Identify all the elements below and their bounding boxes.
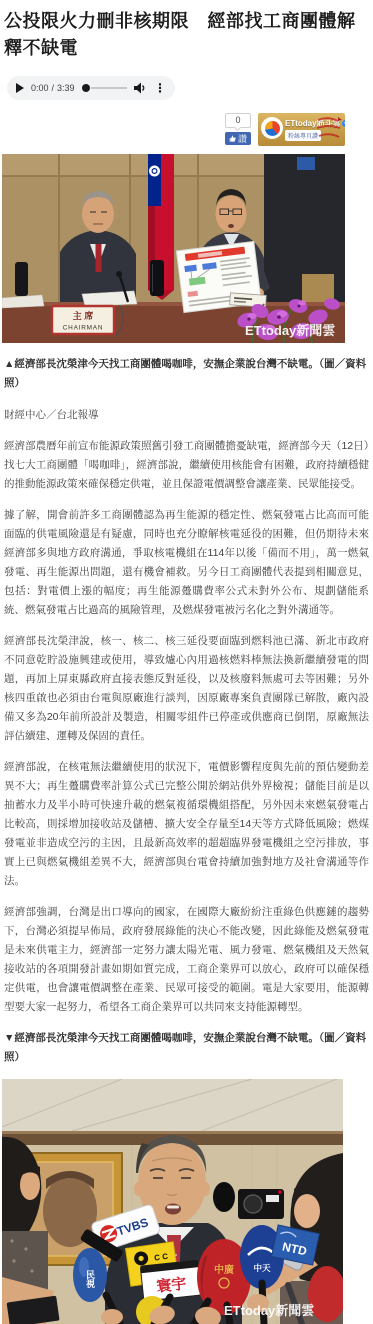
svg-text:民視: 民視	[85, 1269, 95, 1289]
chairman-nameplate: 主 席 CHAIRMAN	[52, 306, 114, 334]
audio-current-time: 0:00	[31, 83, 49, 93]
paragraph-2: 據了解，開會前許多工商團體認為再生能源的穩定性、燃氣發電占比高而可能面臨的供電風…	[4, 506, 369, 620]
paragraph-4: 經濟部說，在核電無法繼續使用的狀況下，電價影響程度與先前的預估變動差異不大；再生…	[4, 758, 369, 891]
photo-press-conference: 主 席 CHAIRMAN	[2, 154, 345, 343]
like-button[interactable]: 讚	[225, 132, 251, 145]
fanpage-banner-ad[interactable]: ETtoday筋斗雲✓ 粉絲專頁讚	[258, 113, 345, 146]
audio-seek-bar[interactable]	[82, 84, 127, 92]
play-icon[interactable]	[16, 83, 24, 93]
audio-time-separator: /	[52, 83, 55, 93]
video-camera	[238, 1189, 284, 1219]
audio-menu-icon[interactable]: ⋮	[154, 82, 166, 94]
byline: 財經中心／台北報導	[4, 406, 369, 425]
watermark: ETtoday新聞雲	[245, 323, 335, 338]
like-button-label: 讚	[238, 132, 247, 145]
nameplate-subtitle: CHAIRMAN	[63, 325, 103, 332]
photo-interview: TVBS 民視 C C 東森 寰宇 中廣	[2, 1079, 343, 1324]
like-count: 0	[225, 113, 251, 128]
photo-caption-bottom: ▼經濟部長沈榮津今天找工商團體喝咖啡，安撫企業說台灣不缺電。（圖／資料照）	[4, 1029, 369, 1067]
photo-caption-top: ▲經濟部長沈榮津今天找工商團體喝咖啡，安撫企業說台灣不缺電。（圖／資料照）	[4, 355, 369, 393]
article-page: 公投限火力刪非核期限 經部找工商團體解釋不缺電 0:00 / 3:39 ⋮ 0	[0, 8, 373, 1324]
svg-text:中天: 中天	[253, 1263, 271, 1273]
svg-text:寰宇: 寰宇	[156, 1275, 188, 1296]
facebook-like-widget: 0 讚	[225, 113, 251, 145]
audio-player[interactable]: 0:00 / 3:39 ⋮	[7, 76, 175, 100]
thumbs-up-icon	[229, 135, 236, 142]
social-row: 0 讚 ETtoday筋斗雲✓ 粉絲專頁讚	[0, 113, 345, 146]
svg-text:中廣: 中廣	[214, 1263, 235, 1276]
paragraph-1: 經濟部農曆年前宣布能源政策照舊引發工商團體擔憂缺電，經濟部今天（12日）找七大工…	[4, 437, 369, 494]
audio-time: 0:00 / 3:39	[31, 83, 75, 93]
mic-flag-ftv: 民視	[73, 1248, 107, 1302]
seek-handle[interactable]	[82, 84, 90, 92]
watermark: ETtoday新聞雲	[224, 1303, 314, 1318]
ettoday-logo-icon	[261, 117, 283, 139]
paragraph-5: 經濟部強調，台灣是出口導向的國家，在國際大廠紛紛注重綠色供應鏈的趨勢下，台灣必須…	[4, 903, 369, 1017]
nameplate-title: 主 席	[73, 310, 94, 321]
seek-track[interactable]	[91, 87, 127, 89]
volume-icon[interactable]	[134, 82, 147, 94]
audio-duration: 3:39	[57, 83, 75, 93]
banner-decoration	[314, 114, 344, 145]
paragraph-3: 經濟部長沈榮津說，核一、核二、核三延役要面臨到燃料池已滿、新北市政府不同意乾貯設…	[4, 632, 369, 746]
page-title: 公投限火力刪非核期限 經部找工商團體解釋不缺電	[4, 8, 369, 62]
